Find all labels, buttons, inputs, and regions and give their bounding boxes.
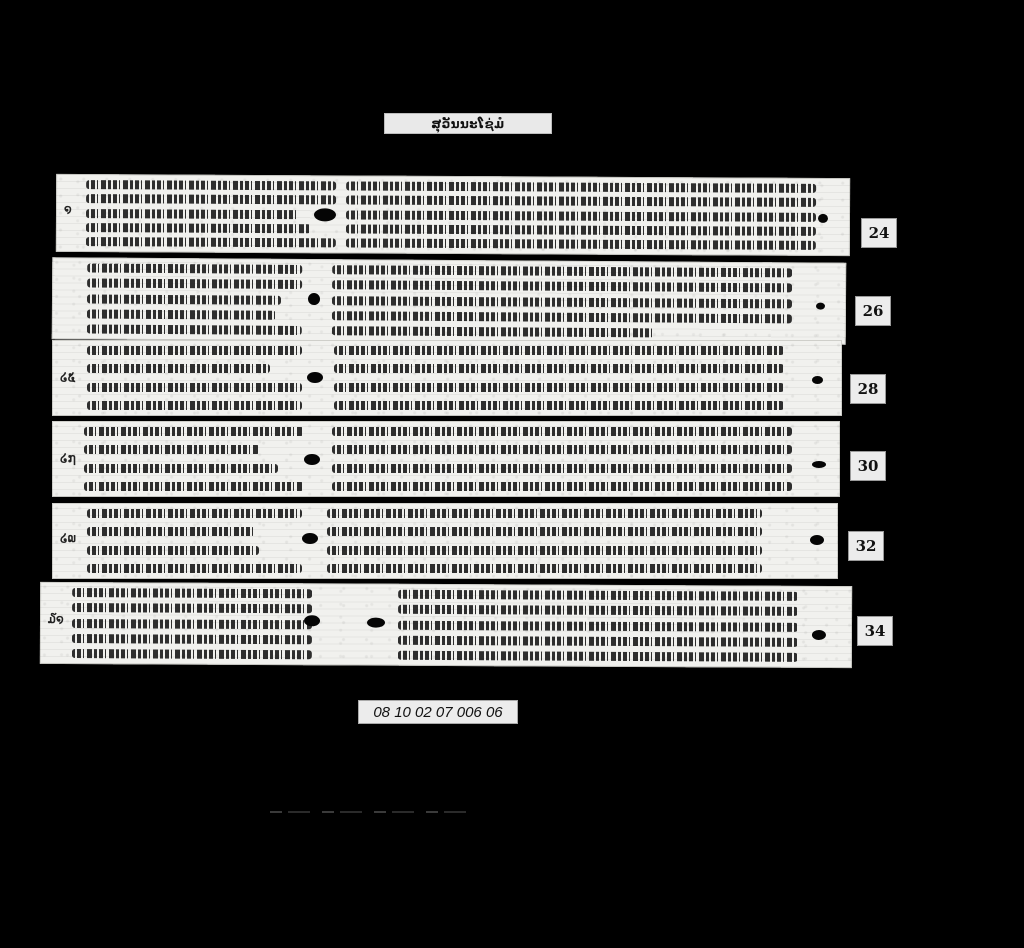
manuscript-title-label: ສຸວັນນະໂຊ່ມໍ: [384, 113, 552, 134]
archive-reference-number: 08 10 02 07 006 06: [358, 700, 518, 724]
script-text-right: [398, 590, 798, 662]
script-text-right: [327, 509, 762, 573]
script-text-left: [87, 509, 302, 573]
binding-hole: [367, 618, 385, 628]
binding-hole: [304, 454, 320, 465]
script-text-left: [84, 427, 304, 491]
page-tag-34: 34: [857, 616, 893, 646]
leaf-side-mark: ໒໗: [60, 451, 76, 465]
scan-artifact-line: [270, 811, 470, 813]
binding-hole: [812, 376, 823, 384]
binding-hole: [812, 630, 826, 640]
binding-hole: [810, 535, 824, 545]
page-tag-26: 26: [855, 296, 891, 326]
script-text-right: [332, 427, 792, 491]
manuscript-leaf-26: [52, 257, 847, 345]
page-tag-30: 30: [850, 451, 886, 481]
script-text-left: [72, 588, 312, 659]
binding-hole: [812, 461, 826, 468]
manuscript-leaf-32: ໒໙: [52, 503, 838, 579]
script-text-left: [87, 263, 302, 334]
manuscript-leaf-30: ໒໗: [52, 421, 840, 497]
page-tag-24: 24: [861, 218, 897, 248]
binding-hole: [818, 214, 828, 223]
binding-hole: [308, 293, 320, 305]
script-text-left: [87, 346, 302, 410]
binding-hole: [314, 208, 336, 221]
leaf-side-mark: ໑: [64, 202, 72, 216]
binding-hole: [304, 615, 320, 626]
script-text-right: [346, 181, 816, 249]
script-text-right: [334, 346, 784, 410]
binding-hole: [816, 303, 825, 310]
binding-hole: [302, 533, 318, 544]
script-text-left: [86, 180, 336, 247]
manuscript-leaf-34: ໓໑: [40, 582, 852, 668]
binding-hole: [307, 372, 323, 383]
script-text-right: [332, 265, 792, 338]
leaf-side-mark: ໒໕: [60, 370, 75, 384]
page-tag-28: 28: [850, 374, 886, 404]
page-tag-32: 32: [848, 531, 884, 561]
leaf-side-mark: ໓໑: [48, 612, 64, 626]
manuscript-leaf-24: ໑: [56, 174, 850, 256]
manuscript-leaf-28: ໒໕: [52, 340, 842, 416]
leaf-side-mark: ໒໙: [60, 531, 76, 545]
